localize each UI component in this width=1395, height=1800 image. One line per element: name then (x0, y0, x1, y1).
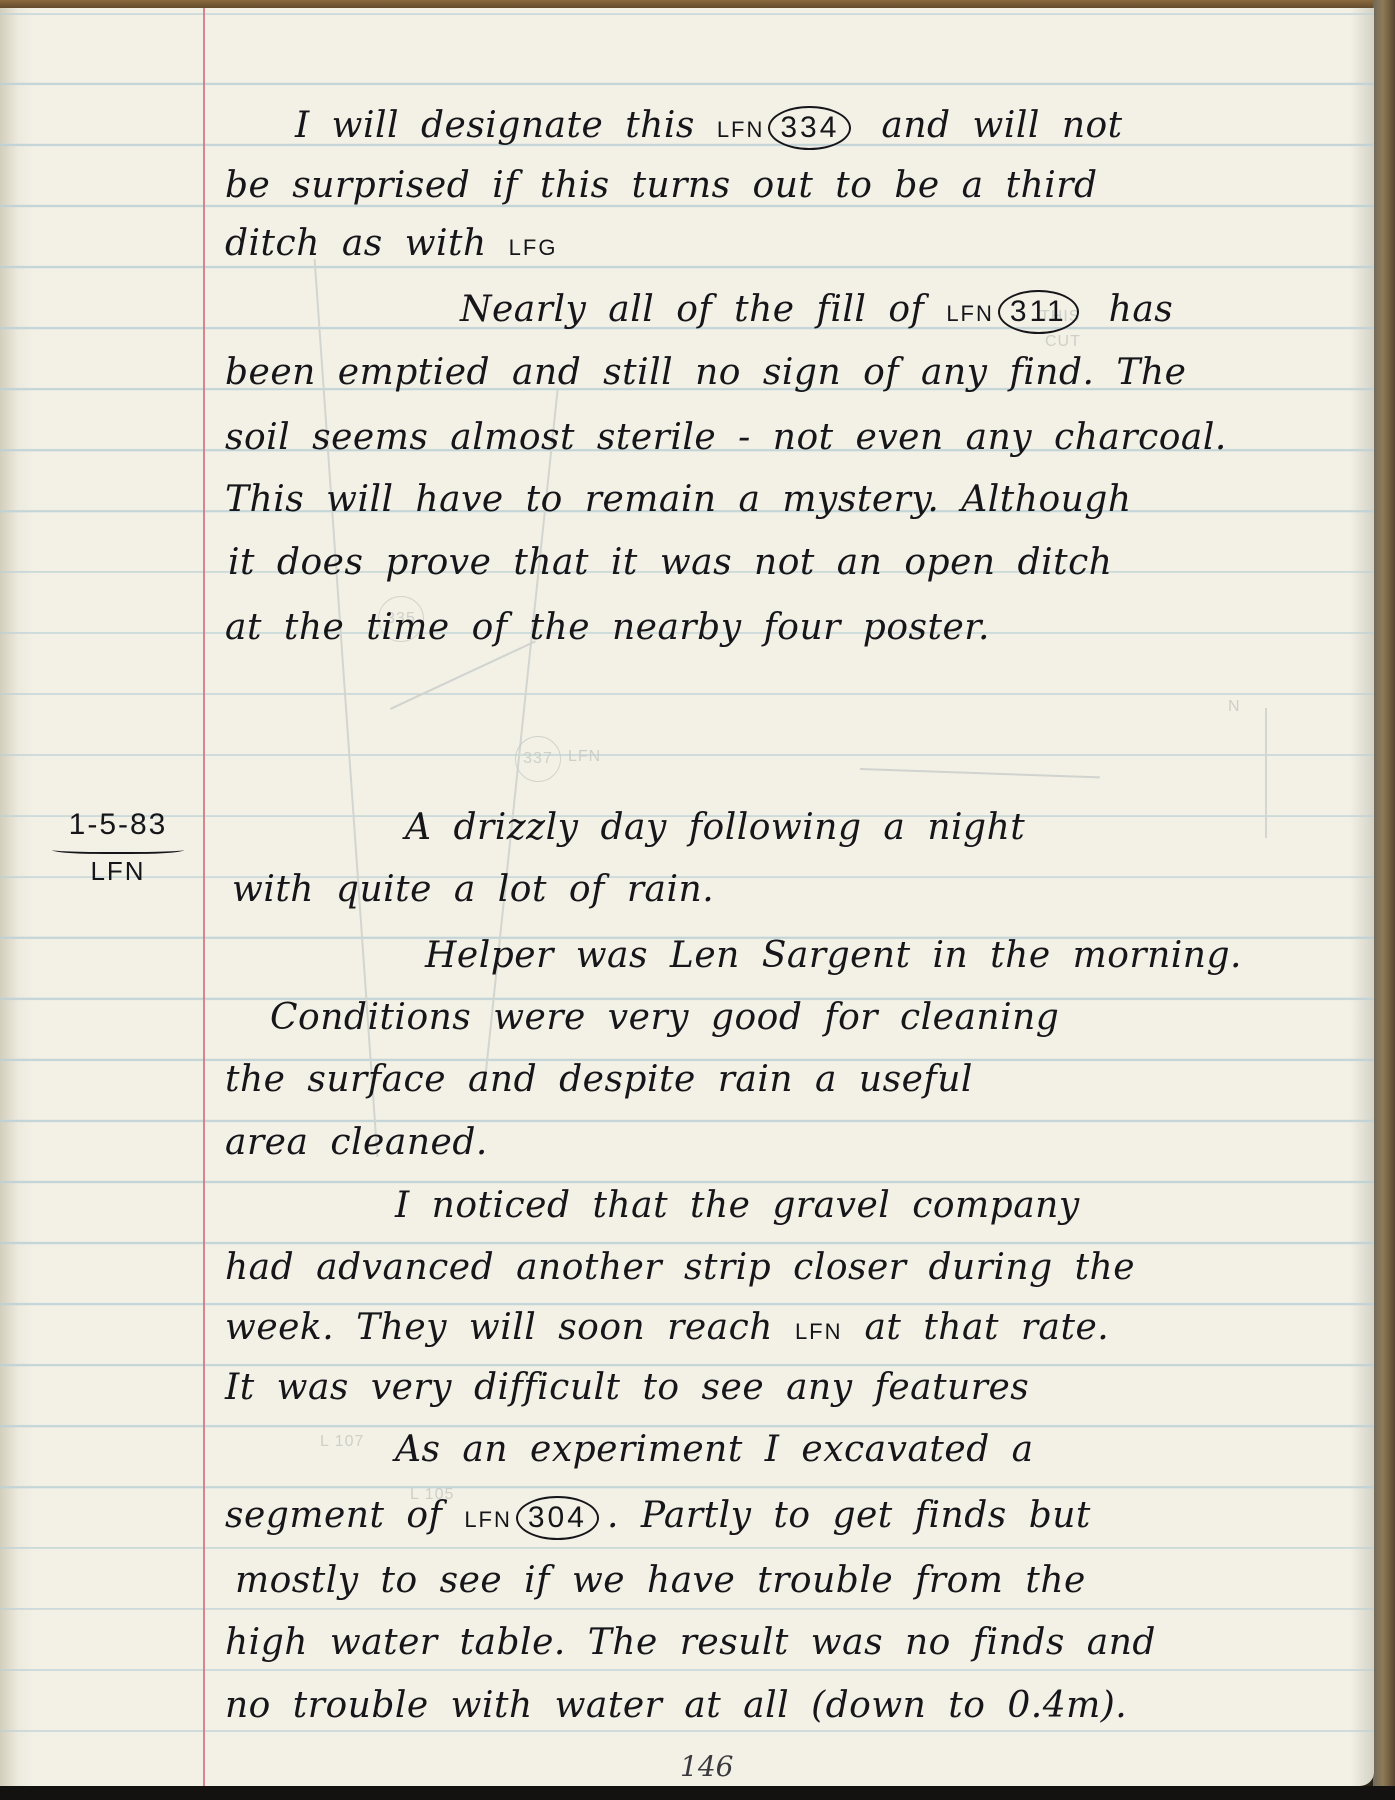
show-through-circled-number: 337 (515, 736, 561, 782)
text-line: Helper was Len Sargent in the morning. (425, 926, 1242, 986)
text-line: soil seems almost sterile - not even any… (225, 408, 1227, 468)
notebook-scan: 337 LFN N THIS CUT L 107 L 105 335 1-5-8… (0, 0, 1395, 1800)
show-through-label: LFN (568, 748, 601, 766)
feature-number-circled: 304 (516, 1496, 599, 1540)
text-line: Nearly all of the fill of LFN311 has (460, 280, 1173, 340)
text-line: ditch as with LFG (225, 214, 557, 274)
show-through-label: N (1228, 698, 1241, 716)
feature-number-circled: 311 (998, 290, 1079, 334)
margin-rule (203, 8, 205, 1786)
page-number: 146 (680, 1750, 733, 1783)
text-line: at the time of the nearby four poster. (225, 598, 990, 658)
text-line: I will designate this LFN334 and will no… (295, 96, 1123, 156)
text-line: area cleaned. (225, 1113, 488, 1173)
text-line: I noticed that the gravel company (395, 1176, 1080, 1236)
text-line: segment of LFN304. Partly to get finds b… (225, 1486, 1091, 1546)
entry-date: 1-5-83 (48, 808, 188, 842)
site-code: LFN (48, 854, 188, 888)
underline-squiggle (52, 844, 184, 854)
text-line: it does prove that it was not an open di… (228, 533, 1112, 593)
text-line: This will have to remain a mystery. Alth… (225, 470, 1132, 530)
text-line: As an experiment I excavated a (395, 1420, 1034, 1480)
text-line: Conditions were very good for cleaning (270, 988, 1059, 1048)
text-line: be surprised if this turns out to be a t… (225, 156, 1098, 216)
text-line: had advanced another strip closer during… (225, 1238, 1135, 1298)
text-line: the surface and despite rain a useful (225, 1050, 973, 1110)
site-code: LFN (464, 1507, 512, 1532)
site-code: LFN (717, 117, 765, 142)
text-line: high water table. The result was no find… (225, 1613, 1156, 1673)
notebook-page: 337 LFN N THIS CUT L 107 L 105 335 1-5-8… (0, 8, 1374, 1786)
text-line: It was very difficult to see any feature… (225, 1358, 1029, 1418)
text-line: mostly to see if we have trouble from th… (235, 1551, 1086, 1611)
site-code: LFG (509, 235, 558, 260)
text-line: no trouble with water at all (down to 0.… (225, 1676, 1127, 1736)
text-line: A drizzly day following a night (405, 798, 1025, 858)
scanner-background (0, 1786, 1395, 1800)
feature-number-circled: 334 (768, 106, 851, 150)
text-line: week. They will soon reach LFN at that r… (225, 1298, 1109, 1358)
notebook-cover-right-edge (1373, 0, 1395, 1790)
show-through-north-arrow (1265, 708, 1267, 838)
text-line: been emptied and still no sign of any fi… (225, 343, 1186, 403)
show-through-label: L 107 (320, 1433, 364, 1451)
site-code: LFN (946, 301, 994, 326)
text-line: with quite a lot of rain. (232, 860, 714, 920)
margin-date-note: 1-5-83 LFN (48, 808, 188, 888)
site-code: LFN (795, 1319, 843, 1344)
